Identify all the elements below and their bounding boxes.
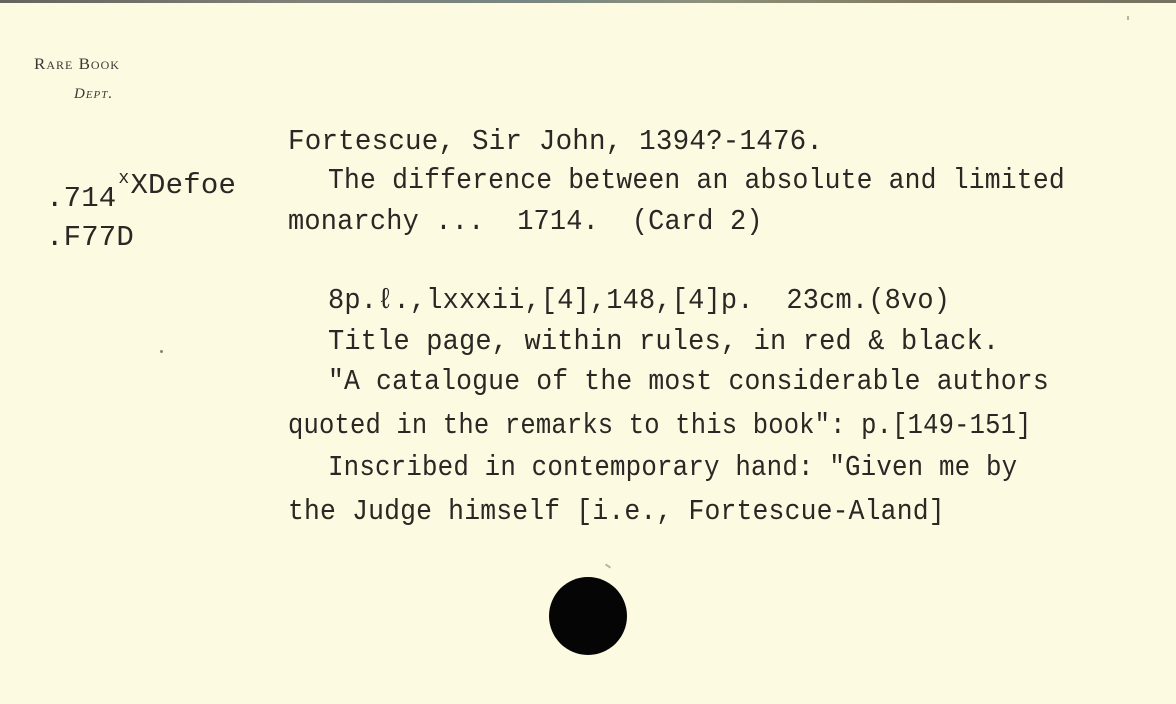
rare-book-stamp-line2: Dept. <box>74 86 113 103</box>
catalog-card: Rare Book Dept. xXDefoe .714 .F77D Forte… <box>0 0 1176 704</box>
stray-mark-top-right <box>1127 16 1129 20</box>
stray-dot <box>160 350 163 353</box>
title-line-2: monarchy ... 1714. (Card 2) <box>218 178 799 265</box>
note-line-5: the Judge himself [i.e., Fortescue-Aland… <box>218 468 1010 555</box>
call-number-line-2: .714 <box>46 184 116 213</box>
note-line-5-text: the Judge himself [i.e., Fortescue-Aland… <box>288 497 945 526</box>
title-line-2-text: monarchy ... 1714. (Card 2) <box>288 207 763 236</box>
call-number-line-3: .F77D <box>46 223 134 252</box>
punch-hole <box>549 577 627 655</box>
call-number-prefix-mark: x <box>118 169 129 189</box>
rare-book-stamp-line1: Rare Book <box>34 55 120 74</box>
card-top-edge <box>0 0 1176 3</box>
stray-mark-near-hole <box>605 563 611 568</box>
